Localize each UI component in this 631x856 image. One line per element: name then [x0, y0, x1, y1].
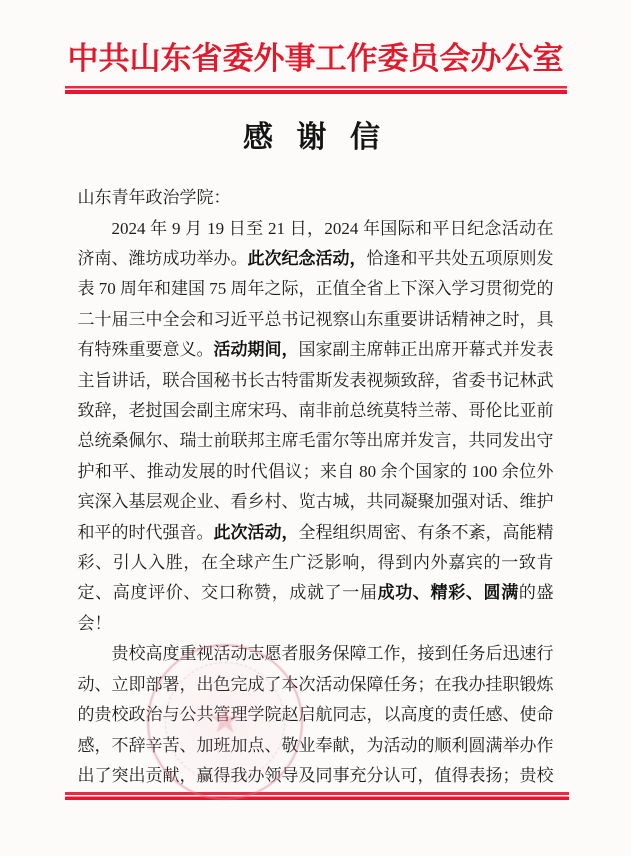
letter-title: 感 谢 信 [0, 121, 631, 154]
header-rule [65, 86, 567, 94]
letter-page: 中共山东省委外事工作委员会办公室 感 谢 信 山东青年政治学院： 2024 年 … [0, 0, 631, 856]
paragraphs: 2024 年 9 月 19 日至 21 日，2024 年国际和平日纪念活动在济南… [78, 214, 554, 792]
org-title: 中共山东省委外事工作委员会办公室 [0, 0, 631, 77]
salutation: 山东青年政治学院： [78, 183, 554, 213]
paragraph: 2024 年 9 月 19 日至 21 日，2024 年国际和平日纪念活动在济南… [78, 214, 554, 640]
bold-text-run: 活动期间， [214, 340, 299, 359]
bold-text-run: 成功、精彩、圆满 [378, 583, 519, 602]
letter-body: 山东青年政治学院： 2024 年 9 月 19 日至 21 日，2024 年国际… [78, 183, 554, 791]
bold-text-run: 此次纪念活动， [248, 249, 367, 268]
footer-rule [65, 792, 569, 800]
text-run: 贵校高度重视活动志愿者服务保障工作，接到任务后迅速行动、立即部署，出色完成了本次… [78, 644, 554, 785]
bold-text-run: 此次活动， [214, 523, 299, 542]
text-run: 国家副主席韩正出席开幕式并发表主旨讲话，联合国秘书长古特雷斯发表视频致辞，省委书… [78, 340, 554, 541]
paragraph: 贵校高度重视活动志愿者服务保障工作，接到任务后迅速行动、立即部署，出色完成了本次… [78, 639, 554, 791]
